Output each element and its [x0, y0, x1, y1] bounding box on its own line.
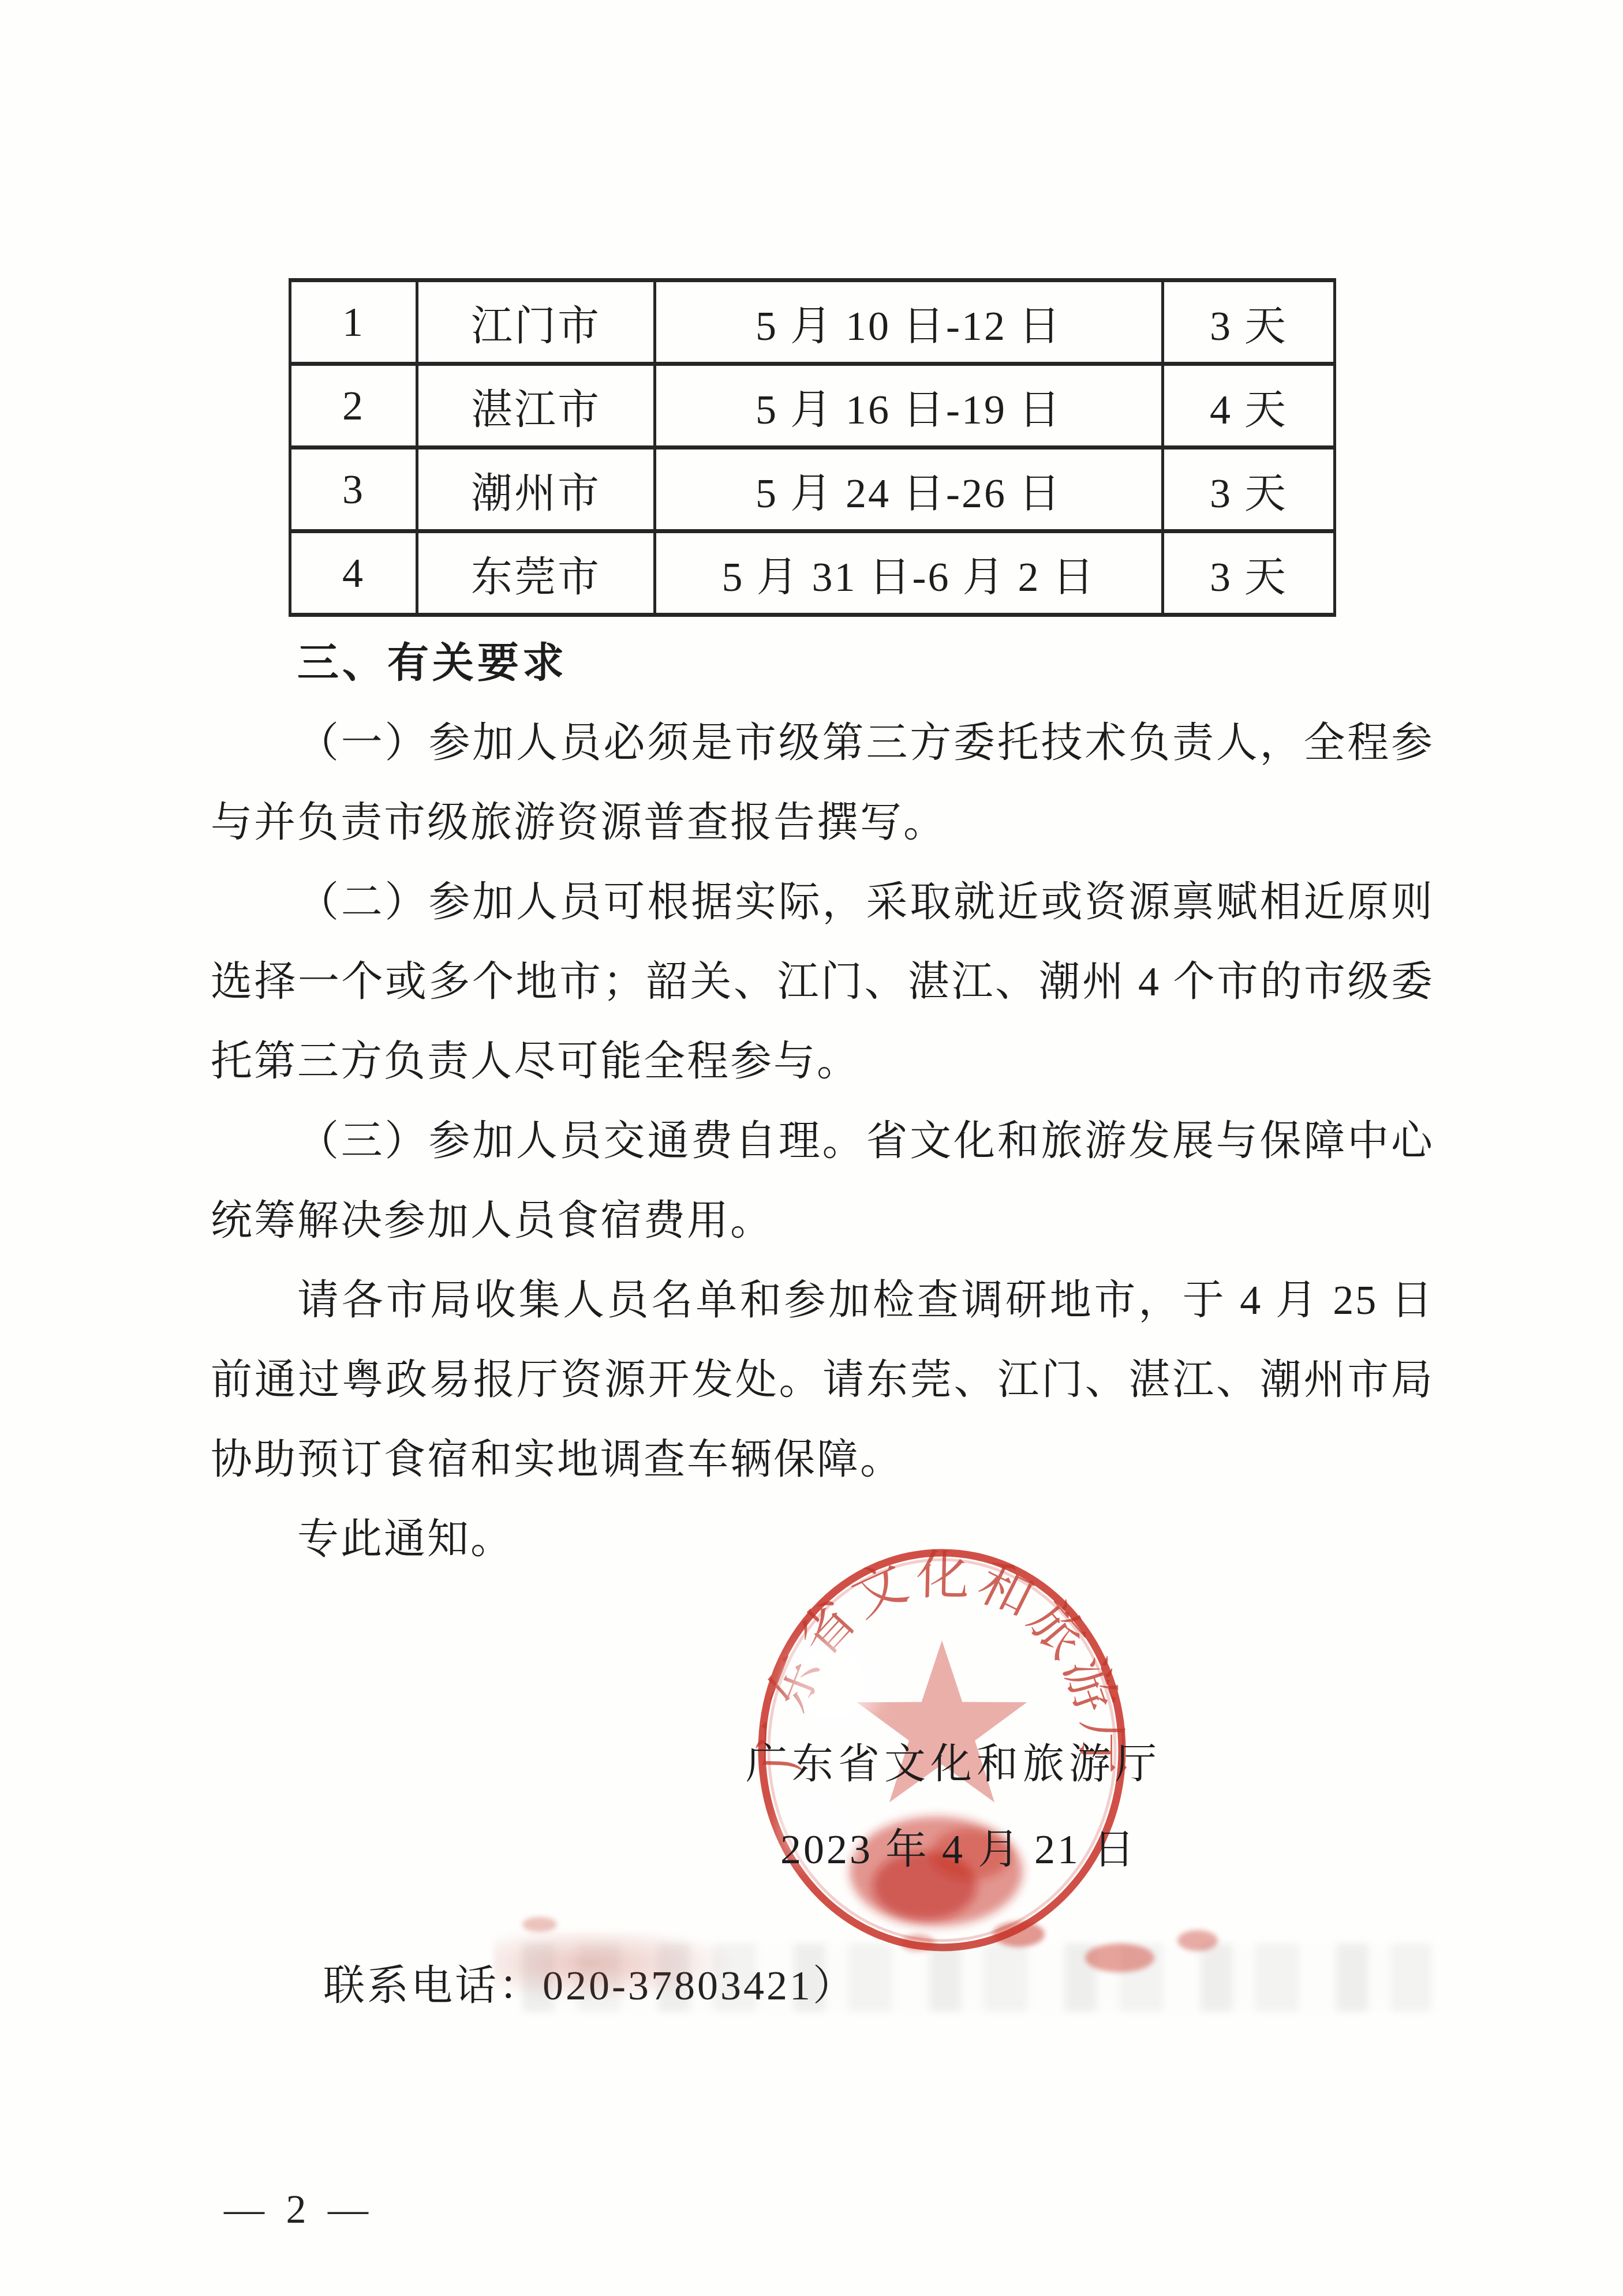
scanned-notice-page: 1 江门市 5 月 10 日-12 日 3 天 2 湛江市 5 月 16 日-1…	[0, 0, 1623, 2296]
paragraph-2: （二）参加人员可根据实际，采取就近或资源禀赋相近原则选择一个或多个地市；韶关、江…	[211, 862, 1434, 1101]
notice-body: 三、有关要求 （一）参加人员必须是市级第三方委托技术负责人，全程参与并负责市级旅…	[211, 623, 1434, 1579]
cell-index: 1	[290, 280, 417, 364]
cell-dates: 5 月 31 日-6 月 2 日	[655, 531, 1163, 615]
table-row: 4 东莞市 5 月 31 日-6 月 2 日 3 天	[290, 531, 1335, 615]
seal-ink-speck	[1085, 1943, 1154, 1972]
seal-ink-speck	[522, 1917, 557, 1932]
cell-index: 3	[290, 448, 417, 531]
inspection-schedule-table: 1 江门市 5 月 10 日-12 日 3 天 2 湛江市 5 月 16 日-1…	[289, 278, 1336, 617]
paragraph-3: （三）参加人员交通费自理。省文化和旅游发展与保障中心统筹解决参加人员食宿费用。	[211, 1101, 1434, 1260]
cell-duration: 3 天	[1163, 531, 1335, 615]
signature-organization: 广东省文化和旅游厅	[746, 1730, 1161, 1790]
cell-dates: 5 月 16 日-19 日	[655, 364, 1163, 448]
table-row: 3 潮州市 5 月 24 日-26 日 3 天	[290, 448, 1335, 531]
paragraph-4: 请各市局收集人员名单和参加检查调研地市，于 4 月 25 日前通过粤政易报厅资源…	[211, 1260, 1434, 1499]
red-ink-smudge	[493, 1932, 736, 2001]
paragraph-1: （一）参加人员必须是市级第三方委托技术负责人，全程参与并负责市级旅游资源普查报告…	[211, 703, 1434, 862]
section-heading: 三、有关要求	[211, 623, 1434, 703]
cell-city: 江门市	[417, 280, 655, 364]
cell-duration: 4 天	[1163, 364, 1335, 448]
cell-city: 东莞市	[417, 531, 655, 615]
cell-index: 4	[290, 531, 417, 615]
cell-city: 湛江市	[417, 364, 655, 448]
cell-city: 潮州市	[417, 448, 655, 531]
cell-index: 2	[290, 364, 417, 448]
signature-date: 2023 年 4 月 21 日	[780, 1815, 1137, 1875]
table-row: 1 江门市 5 月 10 日-12 日 3 天	[290, 280, 1335, 364]
cell-duration: 3 天	[1163, 280, 1335, 364]
closing-phrase: 专此通知。	[211, 1499, 1434, 1579]
cell-duration: 3 天	[1163, 448, 1335, 531]
cell-dates: 5 月 24 日-26 日	[655, 448, 1163, 531]
seal-ink-speck	[900, 1934, 935, 1952]
table-row: 2 湛江市 5 月 16 日-19 日 4 天	[290, 364, 1335, 448]
page-number: — 2 —	[224, 2187, 374, 2233]
seal-ink-speck	[993, 1922, 1045, 1947]
seal-ink-speck	[1177, 1930, 1218, 1951]
cell-dates: 5 月 10 日-12 日	[655, 280, 1163, 364]
